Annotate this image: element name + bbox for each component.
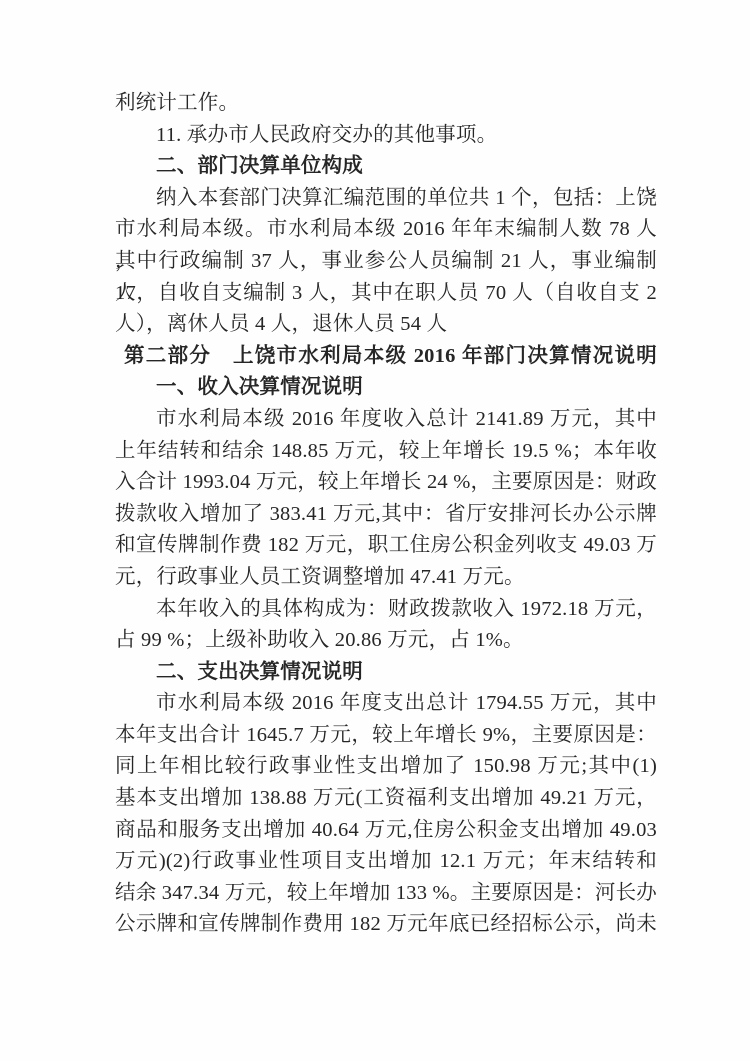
text-line: 本年支出合计 1645.7 万元，较上年增长 9%，主要原因是：: [115, 720, 657, 752]
text-line: 市水利局本级 2016 年度支出总计 1794.55 万元，其中: [115, 688, 657, 720]
text-line: 人），离休人员 4 人，退休人员 54 人: [115, 309, 657, 341]
text-line: 元，行政事业人员工资调整增加 47.41 万元。: [115, 562, 657, 594]
text-line: 人，自收自支编制 3 人，其中在职人员 70 人（自收自支 2: [115, 278, 657, 310]
text-line: 占 99 %；上级补助收入 20.86 万元，占 1%。: [115, 625, 657, 657]
text-line: 利统计工作。: [115, 88, 657, 120]
text-line: 同上年相比较行政事业性支出增加了 150.98 万元;其中(1): [115, 751, 657, 783]
text-line: 和宣传牌制作费 182 万元，职工住房公积金列收支 49.03 万: [115, 530, 657, 562]
section-heading: 二、部门决算单位构成: [115, 151, 657, 183]
text-line: 结余 347.34 万元，较上年增加 133 %。主要原因是：河长办: [115, 878, 657, 910]
text-line: 拨款收入增加了 383.41 万元,其中：省厅安排河长办公示牌: [115, 499, 657, 531]
text-line: 基本支出增加 138.88 万元(工资福利支出增加 49.21 万元，: [115, 783, 657, 815]
text-line: 入合计 1993.04 万元，较上年增长 24 %，主要原因是：财政: [115, 467, 657, 499]
text-line: 公示牌和宣传牌制作费用 182 万元年底已经招标公示，尚未: [115, 909, 657, 941]
text-line: 本年收入的具体构成为：财政拨款收入 1972.18 万元，: [115, 594, 657, 626]
text-line: 商品和服务支出增加 40.64 万元,住房公积金支出增加 49.03: [115, 815, 657, 847]
text-line: 11. 承办市人民政府交办的其他事项。: [115, 120, 657, 152]
section-heading: 二、支出决算情况说明: [115, 657, 657, 689]
document-text-block: 利统计工作。 11. 承办市人民政府交办的其他事项。 二、部门决算单位构成 纳入…: [115, 88, 657, 941]
text-line: 市水利局本级。市水利局本级 2016 年年末编制人数 78 人 ，: [115, 214, 657, 246]
document-page: 利统计工作。 11. 承办市人民政府交办的其他事项。 二、部门决算单位构成 纳入…: [0, 0, 750, 1061]
text-line: 万元)(2)行政事业性项目支出增加 12.1 万元；年末结转和: [115, 846, 657, 878]
section-heading: 一、收入决算情况说明: [115, 372, 657, 404]
text-line: 其中行政编制 37 人，事业参公人员编制 21 人，事业编制 17: [115, 246, 657, 278]
text-line: 上年结转和结余 148.85 万元，较上年增长 19.5 %；本年收: [115, 436, 657, 468]
part-heading: 第二部分 上饶市水利局本级 2016 年部门决算情况说明: [115, 341, 657, 373]
text-line: 纳入本套部门决算汇编范围的单位共 1 个，包括：上饶: [115, 183, 657, 215]
text-line: 市水利局本级 2016 年度收入总计 2141.89 万元，其中: [115, 404, 657, 436]
